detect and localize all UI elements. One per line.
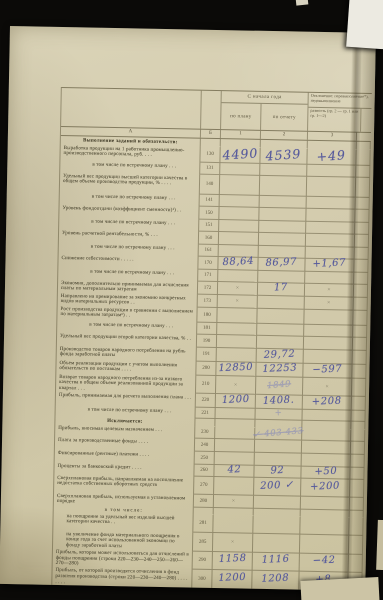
cell-deviation xyxy=(304,310,353,326)
plan-value: × xyxy=(231,539,235,545)
right-paper-sliver xyxy=(376,520,383,570)
cell-report xyxy=(257,336,304,350)
row-label: Прибыль, от которой производятся отчисле… xyxy=(52,567,192,589)
index-3: 3 xyxy=(308,132,357,141)
cell-plan: 1200 xyxy=(216,394,256,409)
report-value: 12253 xyxy=(262,365,297,372)
cell-deviation: −42 xyxy=(300,553,349,572)
row-code: 281 xyxy=(193,515,213,533)
cell-plan xyxy=(219,207,259,221)
cell-plan xyxy=(219,232,259,246)
row-code: 181 xyxy=(197,323,217,335)
cell-report xyxy=(260,196,307,209)
plan-value: 4490 xyxy=(222,150,258,158)
paper-sheet: С начала года по плану по отчету Отклоне… xyxy=(0,26,376,591)
cell-deviation: × xyxy=(305,297,354,311)
cell-deviation xyxy=(304,325,353,338)
cell-report xyxy=(258,296,305,310)
bottom-paper-fragment xyxy=(300,577,379,600)
row-code: 141 xyxy=(200,195,220,207)
row-code: 230 xyxy=(195,427,215,439)
row-code: 260 xyxy=(194,465,214,477)
cell-deviation xyxy=(305,272,354,285)
cell-plan xyxy=(214,477,254,496)
cell-deviation xyxy=(302,429,351,442)
row-code: 160 xyxy=(199,232,219,245)
row-code: 172 xyxy=(198,282,218,295)
cell-plan: × xyxy=(218,295,258,309)
cell-deviation xyxy=(302,441,351,455)
cell-plan xyxy=(217,323,257,336)
row-code: 191 xyxy=(197,348,217,362)
cell-report: 1208 xyxy=(252,571,299,591)
report-value: 92 xyxy=(270,468,284,475)
cell-report: 1116 xyxy=(253,552,300,571)
plan-value: × xyxy=(235,298,239,304)
row-code: 151 xyxy=(199,220,219,232)
plan-value: 1158 xyxy=(218,556,246,563)
cell-report: + xyxy=(255,409,302,421)
index-b: Б xyxy=(201,130,221,138)
plan-value: 1200 xyxy=(221,397,249,404)
cell-deviation: +1,67 xyxy=(305,259,354,273)
cell-plan: × xyxy=(214,495,254,509)
row-code: 210 xyxy=(196,376,216,395)
torn-edge-fragment xyxy=(296,0,309,6)
index-2: 2 xyxy=(261,131,308,140)
cell-report xyxy=(260,176,307,197)
row-code: 285 xyxy=(193,533,213,552)
deviation-value: × xyxy=(327,300,331,306)
cell-plan xyxy=(217,348,257,363)
report-value: ✓ 403 433 xyxy=(253,428,304,438)
header-deviation-sub: разность (гр. 2 — гр. 1 или гр. 1—2) xyxy=(308,108,361,132)
cell-plan xyxy=(217,335,257,349)
report-value: 4539 xyxy=(266,151,302,159)
deviation-value: −42 xyxy=(312,558,335,565)
cell-plan: × xyxy=(216,376,256,395)
cell-plan: × xyxy=(213,533,253,552)
report-value: 200 ✓ xyxy=(260,482,294,489)
cell-deviation xyxy=(306,222,355,235)
cell-report: ✓ 403 433 xyxy=(255,428,302,441)
report-value: 1208 xyxy=(261,576,289,583)
cell-plan: 12850 xyxy=(216,362,256,377)
row-code: 300 xyxy=(192,570,212,590)
report-value: 17 xyxy=(274,285,288,292)
row-code: 130 xyxy=(200,147,220,163)
header-code-column xyxy=(201,91,222,129)
cell-plan: 1158 xyxy=(213,552,253,571)
deviation-value: +208 xyxy=(312,398,342,405)
cell-plan: × xyxy=(218,282,258,296)
plan-value: 1200 xyxy=(218,575,246,582)
cell-plan xyxy=(215,408,255,420)
table-body: Выполнение заданий и обязательств: Выраб… xyxy=(52,136,371,591)
cell-deviation xyxy=(307,165,356,178)
report-value: 29,72 xyxy=(264,351,296,358)
table-header: С начала года по плану по отчету Отклоне… xyxy=(61,88,372,133)
cell-report xyxy=(253,534,300,553)
cell-plan xyxy=(218,270,258,283)
cell-deviation: × xyxy=(305,284,354,298)
deviation-value: +49 xyxy=(317,152,347,160)
cell-deviation: × xyxy=(303,378,352,397)
row-code: 131 xyxy=(200,163,220,175)
cell-report: 1849 xyxy=(256,377,303,396)
cell-report xyxy=(260,164,307,177)
cell-plan xyxy=(215,439,255,453)
cell-report xyxy=(257,309,304,325)
cell-deviation xyxy=(306,234,355,248)
cell-plan xyxy=(220,175,260,196)
row-code: 150 xyxy=(199,207,219,220)
index-1: 1 xyxy=(221,130,261,139)
report-table: С начала года по плану по отчету Отклоне… xyxy=(51,87,372,591)
header-label-column xyxy=(61,88,202,129)
row-code: 200 xyxy=(196,362,216,376)
cell-plan xyxy=(220,195,260,208)
plan-value: × xyxy=(232,499,236,505)
report-value: 1408. xyxy=(263,397,295,404)
cell-plan: 4490 xyxy=(220,147,260,164)
cell-deviation: +50 xyxy=(301,467,350,480)
row-code: 171 xyxy=(198,270,218,282)
cell-report: 12253 xyxy=(256,363,303,378)
row-code: 170 xyxy=(198,257,218,270)
cell-plan: 1200 xyxy=(212,570,252,590)
header-group-year: С начала года по плану по отчету xyxy=(221,91,309,131)
cell-deviation xyxy=(300,535,349,554)
row-code: 220 xyxy=(196,394,216,408)
deviation-value: × xyxy=(325,384,329,390)
cell-deviation: +49 xyxy=(307,149,356,166)
cell-report xyxy=(259,208,306,222)
cell-deviation xyxy=(302,410,351,422)
cell-deviation xyxy=(306,209,355,223)
cell-plan xyxy=(219,220,259,233)
report-value: + xyxy=(275,410,283,416)
cell-deviation: −597 xyxy=(303,364,352,379)
cell-deviation xyxy=(300,517,349,536)
report-value: 86,97 xyxy=(266,260,298,267)
row-code: 270 xyxy=(194,477,214,495)
row-code: 221 xyxy=(195,408,215,419)
deviation-value: × xyxy=(327,287,331,293)
cell-report: 29,72 xyxy=(257,349,304,364)
plan-value: × xyxy=(236,285,240,291)
plan-value: × xyxy=(234,382,238,388)
cell-report xyxy=(254,496,301,510)
cell-deviation xyxy=(307,197,356,210)
cell-deviation xyxy=(304,337,353,351)
cell-report: 86,97 xyxy=(258,258,305,272)
cell-plan xyxy=(220,163,260,176)
cell-deviation xyxy=(301,497,350,511)
report-value: 1849 xyxy=(267,381,291,389)
cell-report xyxy=(253,516,300,535)
row-code: 140 xyxy=(200,175,220,195)
white-paper-fragment xyxy=(346,0,383,49)
row-code: 190 xyxy=(197,335,217,348)
header-col-report: по отчету xyxy=(261,104,307,131)
plan-value: 12850 xyxy=(218,364,253,371)
cell-deviation: +200 xyxy=(301,479,350,498)
cell-report: 200 ✓ xyxy=(254,478,301,497)
cell-plan xyxy=(213,515,253,534)
cell-plan: 42 xyxy=(214,465,254,478)
cell-plan xyxy=(217,308,257,324)
header-col-plan: по плану xyxy=(221,103,262,130)
cell-report: 92 xyxy=(254,466,301,479)
cell-report xyxy=(259,233,306,247)
row-code: 240 xyxy=(195,439,215,452)
plan-value: 42 xyxy=(227,467,241,474)
cell-report xyxy=(257,324,304,337)
cell-report xyxy=(259,221,306,234)
cell-report xyxy=(255,440,302,454)
report-value: 1116 xyxy=(262,557,290,564)
row-code: 161 xyxy=(199,245,219,257)
deviation-value: +1,67 xyxy=(313,260,347,267)
cell-deviation xyxy=(307,177,356,198)
row-label: Удельный вес продукции высшей категории … xyxy=(60,172,200,195)
deviation-value: −597 xyxy=(312,366,342,373)
row-code: 250 xyxy=(195,452,215,465)
cell-report: 17 xyxy=(258,283,305,297)
cell-deviation xyxy=(304,350,353,365)
cell-plan: 88,64 xyxy=(218,257,258,271)
deviation-value: +50 xyxy=(314,468,337,475)
row-code: 280 xyxy=(194,495,214,508)
row-code: 173 xyxy=(198,295,218,308)
cell-plan xyxy=(215,427,255,440)
row-code: 180 xyxy=(197,308,217,323)
row-code: 290 xyxy=(193,551,213,570)
cell-report: 4539 xyxy=(260,148,307,165)
plan-value: 88,64 xyxy=(222,259,254,266)
cell-deviation: +208 xyxy=(303,396,352,411)
deviation-value: +200 xyxy=(310,483,340,490)
scanned-page-scene: С начала года по плану по отчету Отклоне… xyxy=(0,0,383,600)
